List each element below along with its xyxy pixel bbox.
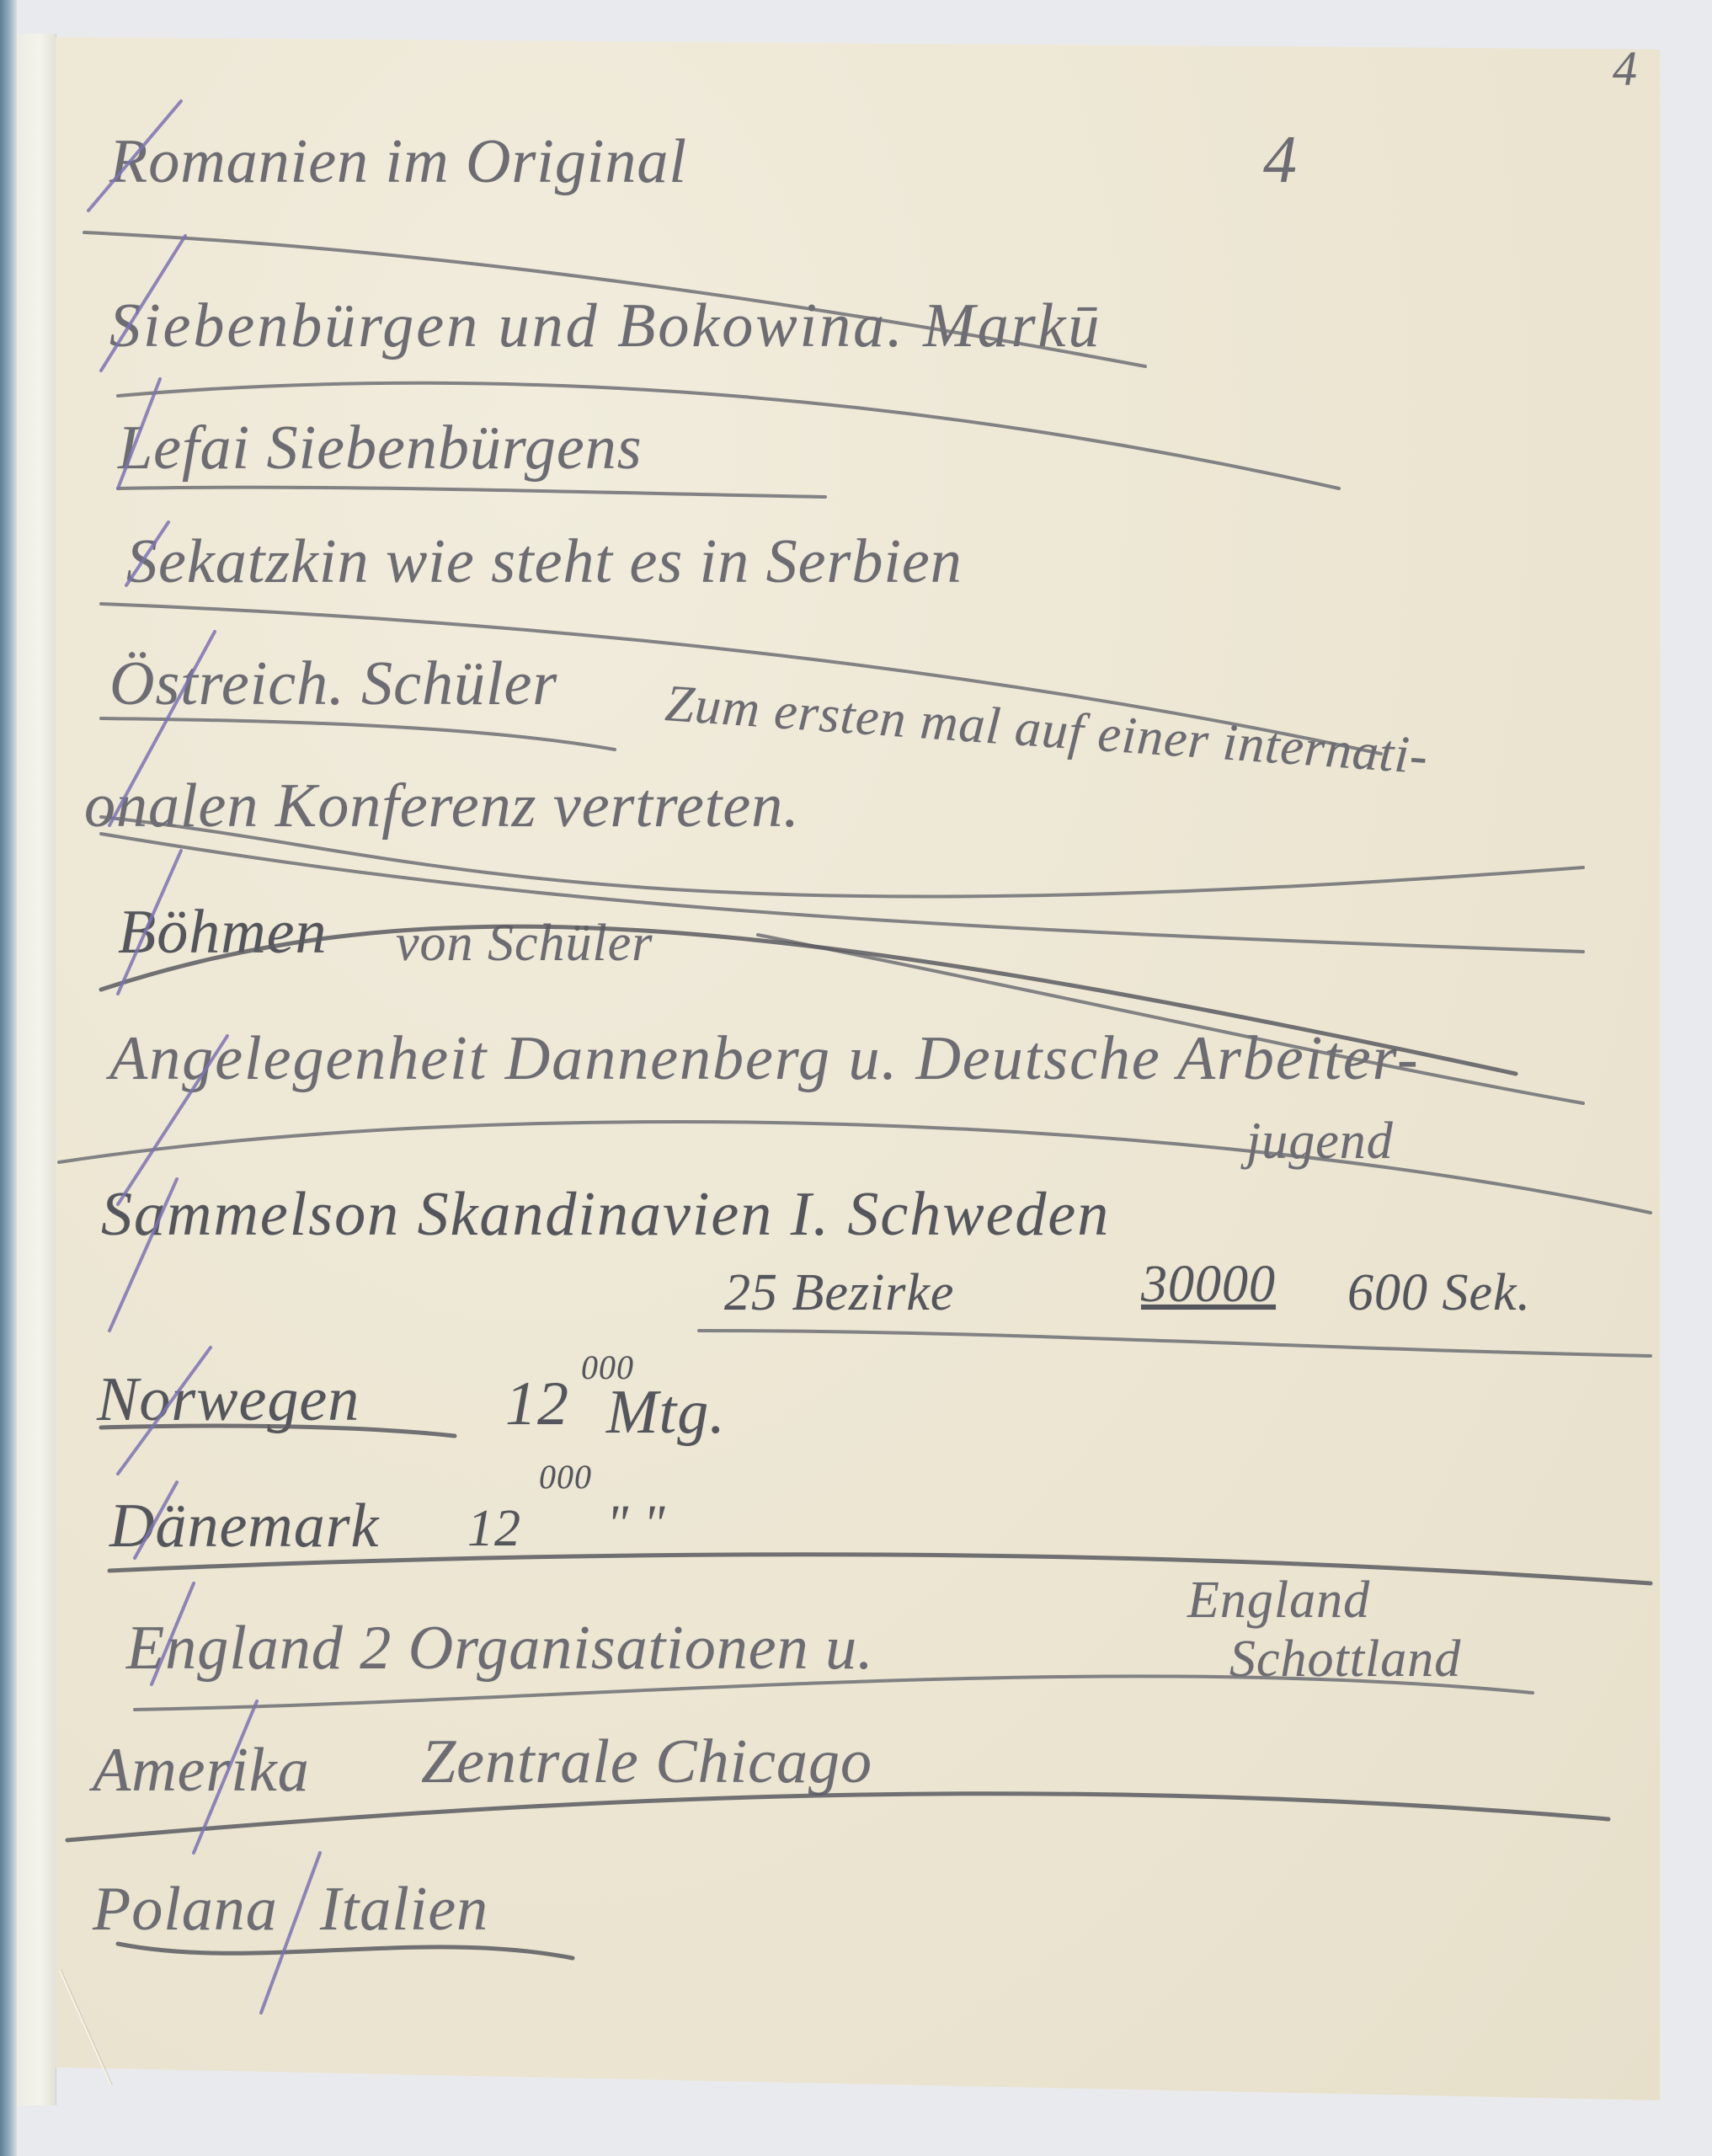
entry-romanien: Romanien im Original	[109, 126, 687, 198]
entry-lefai: Lefai Siebenbürgens	[118, 413, 643, 484]
folio-number: 4	[1613, 40, 1638, 97]
page-gutter	[17, 34, 56, 2105]
entry-daenemark: Dänemark	[109, 1491, 379, 1562]
section-mark: 4	[1263, 122, 1298, 199]
england-note-bottom: Schottland	[1229, 1630, 1461, 1689]
entry-oestreich-continued: onalen Konferenz vertreten.	[84, 771, 800, 842]
entry-amerika-note: Zentrale Chicago	[421, 1726, 872, 1798]
entry-dannenberg: Angelegenheit Dannenberg u. Deutsche Arb…	[109, 1023, 1420, 1095]
england-note-top: England	[1187, 1571, 1370, 1630]
sammelson-sek: 600 Sek.	[1347, 1263, 1531, 1323]
sammelson-bezirke: 25 Bezirke	[724, 1263, 954, 1323]
entry-oestreich: Östreich. Schüler	[109, 648, 557, 720]
entry-norwegen: Norwegen	[97, 1364, 360, 1436]
entry-england: England 2 Organisationen u.	[126, 1613, 874, 1684]
daenemark-value: 12	[467, 1499, 521, 1559]
entry-polana-note: Italien	[320, 1874, 488, 1945]
entry-boehmen-note: von Schüler	[396, 914, 653, 974]
entry-amerika: Amerika	[93, 1735, 310, 1806]
binding-strip	[0, 0, 17, 2156]
entry-serbien: Sekatzkin wie steht es in Serbien	[126, 526, 963, 598]
entry-dannenberg-note: jugend	[1246, 1112, 1394, 1171]
entry-sammelson: Sammelson Skandinavien I. Schweden	[101, 1179, 1110, 1251]
norwegen-value: 12	[505, 1369, 569, 1440]
daenemark-unit: " "	[606, 1495, 666, 1555]
norwegen-unit: Mtg.	[606, 1377, 726, 1449]
entry-boehmen: Böhmen	[118, 897, 328, 969]
daenemark-superscript: 000	[539, 1457, 592, 1497]
entry-siebenbuergen: Siebenbürgen und Bokowina. Markū	[109, 291, 1101, 362]
entry-polana: Polana	[93, 1874, 278, 1945]
sammelson-members: 30000	[1141, 1255, 1276, 1315]
